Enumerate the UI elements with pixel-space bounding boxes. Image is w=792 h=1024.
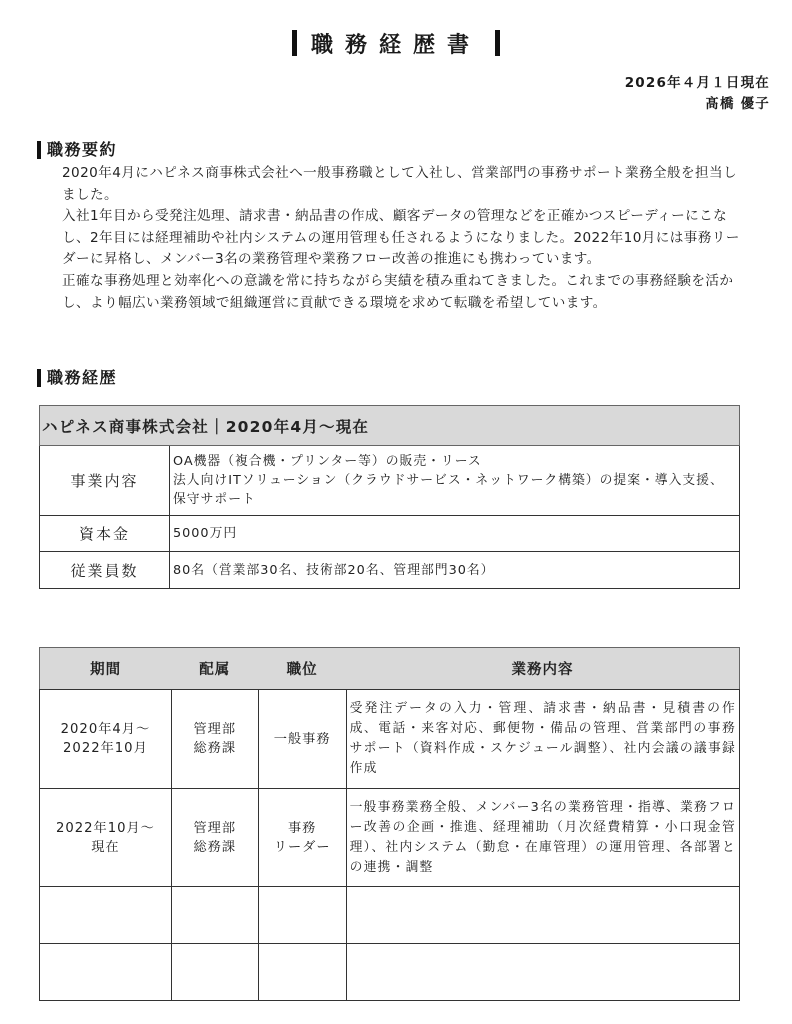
column-header-duties: 業務内容 [346, 648, 739, 690]
table-row-empty [40, 887, 740, 944]
table-row: 2022年10月～ 現在 管理部 総務課 事務 リーダー 一般事務業務全般、メン… [40, 789, 740, 887]
cell-position: 事務 リーダー [258, 789, 346, 887]
table-row: 2020年4月～ 2022年10月 管理部 総務課 一般事務 受発注データの入力… [40, 690, 740, 789]
column-header-department: 配属 [171, 648, 258, 690]
cell-period: 2020年4月～ 2022年10月 [40, 690, 172, 789]
title-left-bar-icon [292, 30, 297, 56]
summary-body: 2020年4月にハピネス商事株式会社へ一般事務職として入社し、営業部門の事務サポ… [62, 163, 746, 314]
cell-duties: 一般事務業務全般、メンバー3名の業務管理・指導、業務フロー改善の企画・推進、経理… [346, 789, 739, 887]
cell-position [258, 887, 346, 944]
cell-department: 管理部 総務課 [171, 690, 258, 789]
company-table: ハピネス商事株式会社｜2020年4月～現在 事業内容 OA機器（複合機・プリンタ… [39, 405, 740, 589]
cell-department: 管理部 総務課 [171, 789, 258, 887]
job-history-table: 期間 配属 職位 業務内容 2020年4月～ 2022年10月 管理部 総務課 … [39, 647, 740, 1001]
company-row: 事業内容 OA機器（複合機・プリンター等）の販売・リース 法人向けITソリューシ… [40, 446, 740, 516]
cell-department [171, 944, 258, 1001]
section-bar-icon [37, 369, 41, 387]
company-header: ハピネス商事株式会社｜2020年4月～現在 [40, 406, 740, 446]
cell-position: 一般事務 [258, 690, 346, 789]
company-label-capital: 資本金 [40, 516, 170, 552]
company-value-employees: 80名（営業部30名、技術部20名、管理部門30名） [170, 552, 740, 589]
cell-period [40, 887, 172, 944]
company-value-business: OA機器（複合機・プリンター等）の販売・リース 法人向けITソリューション（クラ… [170, 446, 740, 516]
summary-heading-text: 職務要約 [47, 139, 117, 161]
company-row: 従業員数 80名（営業部30名、技術部20名、管理部門30名） [40, 552, 740, 589]
column-header-position: 職位 [258, 648, 346, 690]
cell-duties: 受発注データの入力・管理、請求書・納品書・見積書の作成、電話・来客対応、郵便物・… [346, 690, 739, 789]
cell-department [171, 887, 258, 944]
company-value-capital: 5000万円 [170, 516, 740, 552]
summary-paragraph: 2020年4月にハピネス商事株式会社へ一般事務職として入社し、営業部門の事務サポ… [62, 163, 746, 206]
history-heading-text: 職務経歴 [47, 367, 117, 389]
job-history-header-row: 期間 配属 職位 業務内容 [40, 648, 740, 690]
section-bar-icon [37, 141, 41, 159]
summary-paragraph: 入社1年目から受発注処理、請求書・納品書の作成、顧客データの管理などを正確かつス… [62, 206, 746, 271]
company-row: 資本金 5000万円 [40, 516, 740, 552]
title-right-bar-icon [495, 30, 500, 56]
document-meta: 2026年４月１日現在 髙橋 優子 [625, 73, 770, 115]
cell-position [258, 944, 346, 1001]
company-label-business: 事業内容 [40, 446, 170, 516]
resume-page: 職務経歴書 2026年４月１日現在 髙橋 優子 職務要約 2020年4月にハピネ… [0, 0, 792, 1024]
summary-paragraph: 正確な事務処理と効率化への意識を常に持ちながら実績を積み重ねてきました。これまで… [62, 271, 746, 314]
cell-period: 2022年10月～ 現在 [40, 789, 172, 887]
cell-duties [346, 887, 739, 944]
document-date: 2026年４月１日現在 [625, 73, 770, 94]
cell-duties [346, 944, 739, 1001]
summary-heading: 職務要約 [37, 139, 117, 161]
applicant-name: 髙橋 優子 [625, 94, 770, 115]
column-header-period: 期間 [40, 648, 172, 690]
document-title-text: 職務経歴書 [311, 33, 481, 58]
history-heading: 職務経歴 [37, 367, 117, 389]
cell-period [40, 944, 172, 1001]
table-row-empty [40, 944, 740, 1001]
document-title: 職務経歴書 [0, 30, 792, 62]
company-label-employees: 従業員数 [40, 552, 170, 589]
